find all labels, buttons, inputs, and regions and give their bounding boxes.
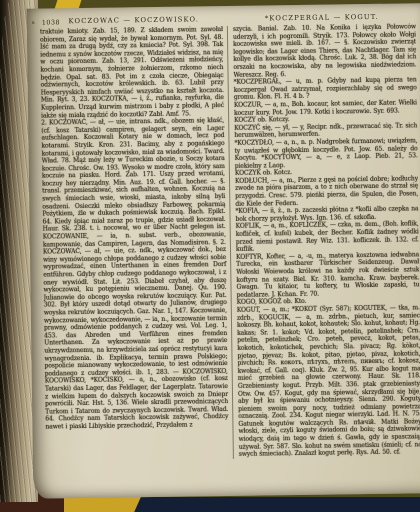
running-head-left-wrap: 1038 KOCZOWAC — KOCZOWISKO. bbox=[40, 15, 228, 26]
running-head-right: *KOCZPERGAL — KOGUT. bbox=[265, 13, 379, 23]
entry-paragraph: *KOCZYDŁO, — a, n., n. p. Nadgrobek furm… bbox=[234, 137, 417, 170]
book-photo-scene: a 1038 KOCZOWAC — KOCZOWISKO. *KOCZPERGA… bbox=[0, 0, 420, 512]
right-column-text: szycia. Banial. Zab. 10. Na Konika i ięz… bbox=[227, 23, 420, 458]
entry-paragraph: KOFLIK, — a, m., KOFLICZEK, — czka, m. d… bbox=[236, 221, 419, 254]
dictionary-page: a 1038 KOCZOWAC — KOCZOWISKO. *KOCZPERGA… bbox=[27, 3, 420, 498]
page-content: a 1038 KOCZOWAC — KOCZOWISKO. *KOCZPERGA… bbox=[27, 3, 420, 461]
entry-paragraph: szycia. Banial. Zab. 10. Na Konika i ięz… bbox=[233, 23, 417, 79]
running-head-left: KOCZOWAC — KOCZOWISKO. bbox=[68, 15, 199, 25]
page-number: 1038 bbox=[42, 18, 60, 26]
entry-paragraph: 2. KOCZOWAĆ, — ał, — uie, intrans. ndk.,… bbox=[41, 117, 228, 431]
entry-paragraph: traktuie kmioty. Zab. 15, 189. Z składem… bbox=[40, 26, 224, 120]
text-columns: traktuie kmioty. Zab. 15, 189. Z składem… bbox=[40, 23, 420, 461]
entry-paragraph: *KOCZPERGAŁ, — u, m. p. Gdyby nad kupą p… bbox=[234, 76, 417, 101]
running-head-right-wrap: *KOCZPERGAL — KOGUT. bbox=[228, 12, 416, 23]
left-column-text: traktuie kmioty. Zab. 15, 189. Z składem… bbox=[40, 26, 233, 461]
entry-paragraph: KOGUT, — a, m.; *KOKOT (Syr. 587); KOGUT… bbox=[237, 304, 420, 458]
entry-paragraph: KODŁUCH, — a, m., Pierze z gęsi na pości… bbox=[235, 175, 418, 208]
signature-mark: a bbox=[32, 20, 35, 26]
entry-paragraph: KOFTYR, Kofter, — a, -u, m., materya kos… bbox=[236, 251, 420, 299]
entry-paragraph: KOCZUR, — a, m., Boh. kocaur, kot samiec… bbox=[234, 99, 417, 117]
